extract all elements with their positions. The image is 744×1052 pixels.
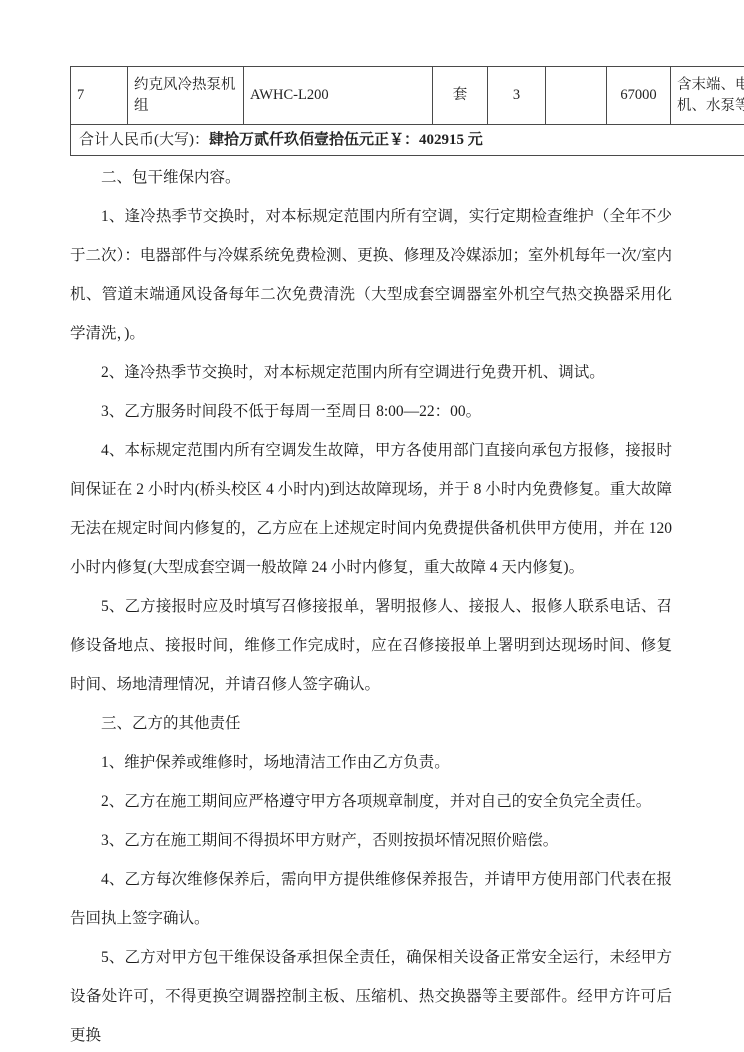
- clause-2-3: 3、乙方服务时间段不低于每周一至周日 8:00—22：00。: [70, 392, 672, 431]
- table-row-item-7: 7 约克风冷热泵机组 AWHC-L200 套 3 67000 含末端、电机、水泵…: [71, 67, 744, 125]
- cell-item-model: AWHC-L200: [244, 67, 433, 125]
- cell-item-note: 含末端、电机、水泵等: [671, 67, 744, 125]
- section-3-heading: 三、乙方的其他责任: [70, 704, 672, 743]
- cell-item-name: 约克风冷热泵机组: [128, 67, 244, 125]
- document-page: { "table": { "row": { "no": "7", "name":…: [0, 0, 744, 1052]
- cell-item-quantity: 3: [488, 67, 546, 125]
- cell-total: 合计人民币(大写)：肆拾万贰仟玖佰壹拾伍元正￥：402915 元: [71, 125, 744, 156]
- total-label: 合计人民币(大写)：: [79, 132, 209, 148]
- section-2-heading: 二、包干维保内容。: [70, 158, 672, 197]
- clause-3-3: 3、乙方在施工期间不得损坏甲方财产，否则按损坏情况照价赔偿。: [70, 821, 672, 860]
- clause-2-4: 4、本标规定范围内所有空调发生故障，甲方各使用部门直接向承包方报修，接报时间保证…: [70, 431, 672, 587]
- cell-item-unit: 套: [433, 67, 488, 125]
- clause-2-5: 5、乙方接报时应及时填写召修接报单，署明报修人、接报人、报修人联系电话、召修设备…: [70, 587, 672, 704]
- page-content: 7 约克风冷热泵机组 AWHC-L200 套 3 67000 含末端、电机、水泵…: [70, 66, 672, 1052]
- cell-item-number: 7: [71, 67, 128, 125]
- cell-item-price: 67000: [607, 67, 671, 125]
- contract-body-text: 二、包干维保内容。 1、逢冷热季节交换时，对本标规定范围内所有空调，实行定期检查…: [70, 158, 672, 1052]
- equipment-price-table: 7 约克风冷热泵机组 AWHC-L200 套 3 67000 含末端、电机、水泵…: [70, 66, 744, 156]
- table-row-total: 合计人民币(大写)：肆拾万贰仟玖佰壹拾伍元正￥：402915 元: [71, 125, 744, 156]
- clause-2-1: 1、逢冷热季节交换时，对本标规定范围内所有空调，实行定期检查维护（全年不少于二次…: [70, 197, 672, 353]
- clause-2-2: 2、逢冷热季节交换时，对本标规定范围内所有空调进行免费开机、调试。: [70, 353, 672, 392]
- cell-item-blank: [546, 67, 607, 125]
- clause-3-4: 4、乙方每次维修保养后，需向甲方提供维修保养报告，并请甲方使用部门代表在报告回执…: [70, 860, 672, 938]
- total-amount: 肆拾万贰仟玖佰壹拾伍元正￥：402915 元: [209, 132, 483, 148]
- clause-3-2: 2、乙方在施工期间应严格遵守甲方各项规章制度，并对自己的安全负完全责任。: [70, 782, 672, 821]
- clause-3-5: 5、乙方对甲方包干维保设备承担保全责任，确保相关设备正常安全运行，未经甲方设备处…: [70, 938, 672, 1052]
- clause-3-1: 1、维护保养或维修时，场地清洁工作由乙方负责。: [70, 743, 672, 782]
